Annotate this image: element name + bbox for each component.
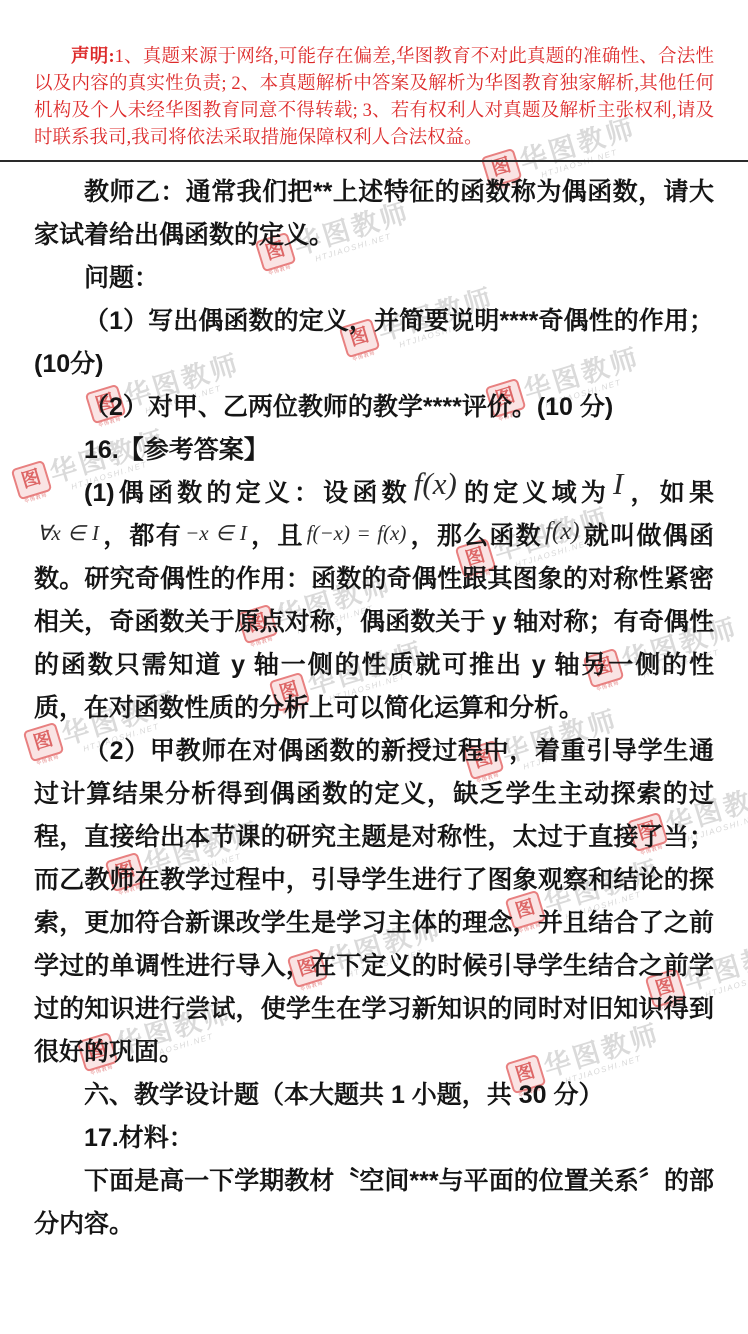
disclaimer-notice: 声明:1、真题来源于网络,可能存在偏差,华图教育不对此真题的准确性、合法性以及内…: [34, 44, 714, 152]
paragraph-answer-part1: (1)偶函数的定义：设函数f(x)的定义域为I，如果∀x ∈ I，都有−x ∈ …: [34, 472, 714, 730]
body-text-block: 教师乙：通常我们把**上述特征的函数称为偶函数，请大家试着给出偶函数的定义。 问…: [34, 171, 714, 1246]
document-content: 声明:1、真题来源于网络,可能存在偏差,华图教育不对此真题的准确性、合法性以及内…: [0, 0, 748, 1246]
paragraph-material-label: 17.材料：: [34, 1117, 714, 1160]
math-formula: f(x): [411, 466, 460, 501]
paragraph-question-2: （2）对甲、乙两位教师的教学****评价。(10 分): [34, 386, 714, 429]
answer-text: 的定义域为: [460, 479, 610, 507]
paragraph-answer-part2: （2）甲教师在对偶函数的新授过程中，着重引导学生通过计算结果分析得到偶函数的定义…: [34, 730, 714, 1074]
answer-text: (1)偶函数的定义：设函数: [84, 479, 411, 507]
document-page: 图华图教师华图教师HTJIAOSHI.NET图华图教师华图教师HTJIAOSHI…: [0, 0, 748, 1334]
paragraph-teacher-b: 教师乙：通常我们把**上述特征的函数称为偶函数，请大家试着给出偶函数的定义。: [34, 171, 714, 257]
answer-text: ，那么函数: [409, 522, 542, 550]
answer-text: ，如果: [626, 479, 714, 507]
math-formula: f(−x) = f(x): [304, 521, 410, 545]
math-formula: −x ∈ I: [182, 521, 250, 545]
paragraph-questions-label: 问题：: [34, 257, 714, 300]
paragraph-question-1: （1）写出偶函数的定义，并简要说明****奇偶性的作用；(10分): [34, 300, 714, 386]
math-formula: I: [610, 466, 626, 501]
disclaimer-label: 声明:: [71, 47, 115, 67]
section-heading-design-question: 六、教学设计题（本大题共 1 小题，共 30 分）: [34, 1074, 714, 1117]
answer-text: 就叫做偶函数。研究奇偶性的作用：函数的奇偶性跟其图象的对称性紧密相关，奇函数关于…: [34, 522, 714, 722]
answer-text: ，且: [250, 522, 304, 550]
math-formula: ∀x ∈ I: [34, 521, 102, 545]
disclaimer-text: 1、真题来源于网络,可能存在偏差,华图教育不对此真题的准确性、合法性以及内容的真…: [34, 47, 714, 148]
divider-rule: [0, 160, 748, 162]
math-formula: f(x): [542, 518, 583, 545]
answer-text: ，都有: [102, 522, 182, 550]
paragraph-material-intro: 下面是高一下学期教材〝空间***与平面的位置关系〞的部分内容。: [34, 1160, 714, 1246]
